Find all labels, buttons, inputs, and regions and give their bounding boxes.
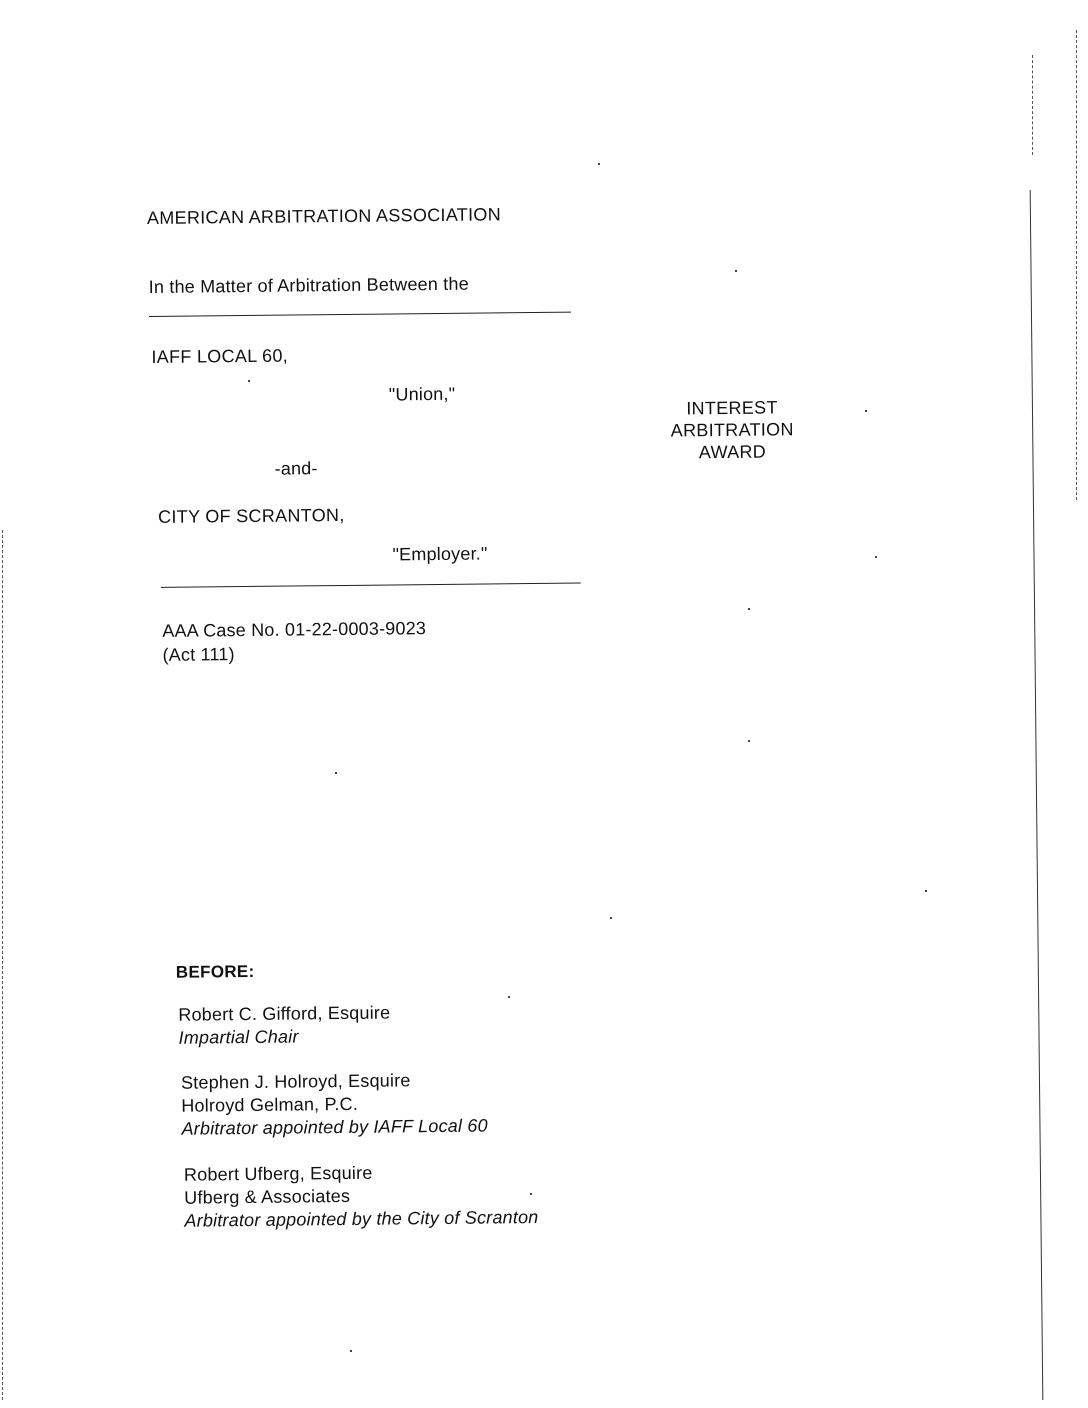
award-title-line3: AWARD — [647, 440, 817, 464]
scanned-document-page: AMERICAN ARBITRATION ASSOCIATION In the … — [0, 0, 1088, 1408]
panel-city-arbitrator-firm: Ufberg & Associates — [184, 1185, 350, 1209]
award-title-line2: ARBITRATION — [647, 418, 817, 442]
award-title-line1: INTEREST — [647, 396, 817, 420]
conjunction-and: -and- — [274, 457, 317, 479]
union-party-name: IAFF LOCAL 60, — [151, 345, 288, 368]
union-party-role: "Union," — [389, 383, 456, 406]
case-act: (Act 111) — [162, 643, 234, 666]
panel-city-arbitrator-name: Robert Ufberg, Esquire — [184, 1162, 373, 1186]
employer-party-name: CITY OF SCRANTON, — [158, 504, 345, 528]
caption-bottom-rule — [161, 583, 581, 588]
caption-top-rule — [149, 312, 571, 317]
panel-union-arbitrator-firm: Holroyd Gelman, P.C. — [181, 1093, 358, 1117]
employer-party-role: "Employer." — [392, 542, 487, 565]
scan-edge-left — [2, 530, 3, 1400]
panel-union-arbitrator-name: Stephen J. Holroyd, Esquire — [181, 1069, 411, 1093]
panel-city-arbitrator-title: Arbitrator appointed by the City of Scra… — [184, 1206, 538, 1232]
before-heading: BEFORE: — [176, 961, 255, 984]
panel-chair-name: Robert C. Gifford, Esquire — [178, 1002, 390, 1026]
panel-chair-title: Impartial Chair — [178, 1025, 298, 1048]
matter-line: In the Matter of Arbitration Between the — [149, 273, 469, 298]
document-content: AMERICAN ARBITRATION ASSOCIATION In the … — [0, 0, 1088, 1408]
organization-heading: AMERICAN ARBITRATION ASSOCIATION — [147, 203, 501, 229]
award-title: INTEREST ARBITRATION AWARD — [647, 396, 818, 464]
panel-union-arbitrator-title: Arbitrator appointed by IAFF Local 60 — [181, 1115, 487, 1140]
case-number: AAA Case No. 01-22-0003-9023 — [162, 617, 426, 642]
